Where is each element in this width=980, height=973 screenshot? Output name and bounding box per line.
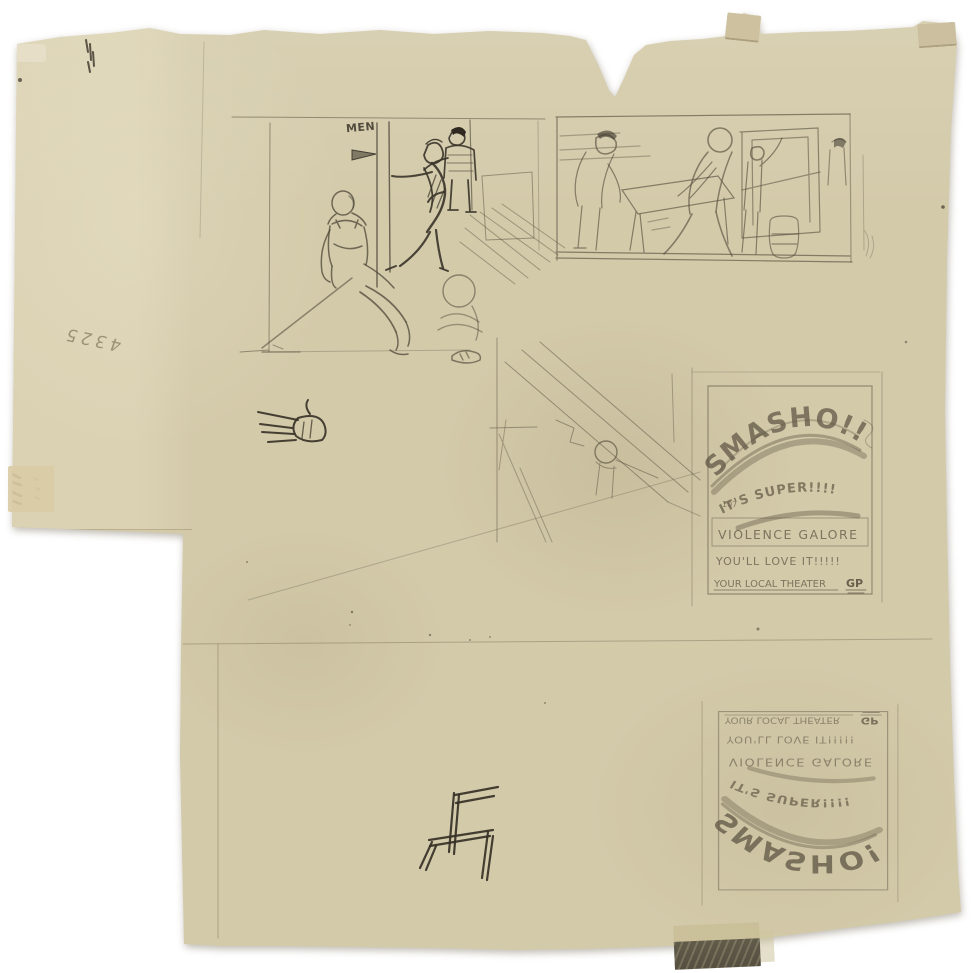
panel-brawl-scene: [556, 114, 852, 262]
swastika-sketch: [420, 787, 498, 880]
poster-footer: YOUR LOCAL THEATER: [713, 579, 826, 590]
figure-doorway-scene: [352, 120, 476, 287]
paper-flap-top-right: [917, 22, 957, 49]
poster-headline-flipped: SMASHO!!: [700, 807, 887, 907]
poster-small-note: 107: [722, 500, 737, 509]
poster-tagline-flipped: YOU'LL LOVE IT!!!!!: [726, 734, 855, 745]
men-sign-label: MEN: [345, 120, 375, 135]
poster-sketch-upright: SMASHO!! IT'S SUPER!!!! 107 VIOLENCE GAL…: [690, 366, 885, 611]
smudge-marks: [11, 40, 204, 504]
poster-banner-flipped: VIOLENCE GALORE: [729, 756, 874, 769]
panel-restroom-frame: [232, 117, 545, 352]
scanned-sketch-sheet: MEN 4325: [0, 0, 980, 973]
poster-linework: SMASHO!! IT'S SUPER!!!! 107 VIOLENCE GAL…: [690, 366, 885, 611]
tape-remnant-left: [8, 466, 54, 512]
figure-seated-woman: [262, 191, 410, 355]
paper-sheet: MEN 4325: [0, 0, 980, 973]
floor-hatching: [460, 172, 565, 284]
poster-tagline: YOU'LL LOVE IT!!!!!: [715, 555, 841, 568]
pointing-hand-sketch: [258, 400, 326, 442]
poster-initials: GP: [846, 577, 863, 590]
poster-initials-flipped: GP: [861, 715, 879, 726]
poster-footer-flipped: YOUR LOCAL THEATER: [724, 715, 841, 725]
paper-shadow-wrap: MEN 4325: [0, 0, 980, 973]
poster-sketch-flipped: SMASHO!! IT'S SUPER!!!! VIOLENCE GALORE …: [700, 697, 901, 907]
poster-linework-flipped: SMASHO!! IT'S SUPER!!!! VIOLENCE GALORE …: [700, 697, 901, 907]
poster-banner: VIOLENCE GALORE: [718, 527, 859, 542]
tape-piece-bottom: [673, 922, 761, 970]
paper-flap-top: [725, 12, 762, 42]
